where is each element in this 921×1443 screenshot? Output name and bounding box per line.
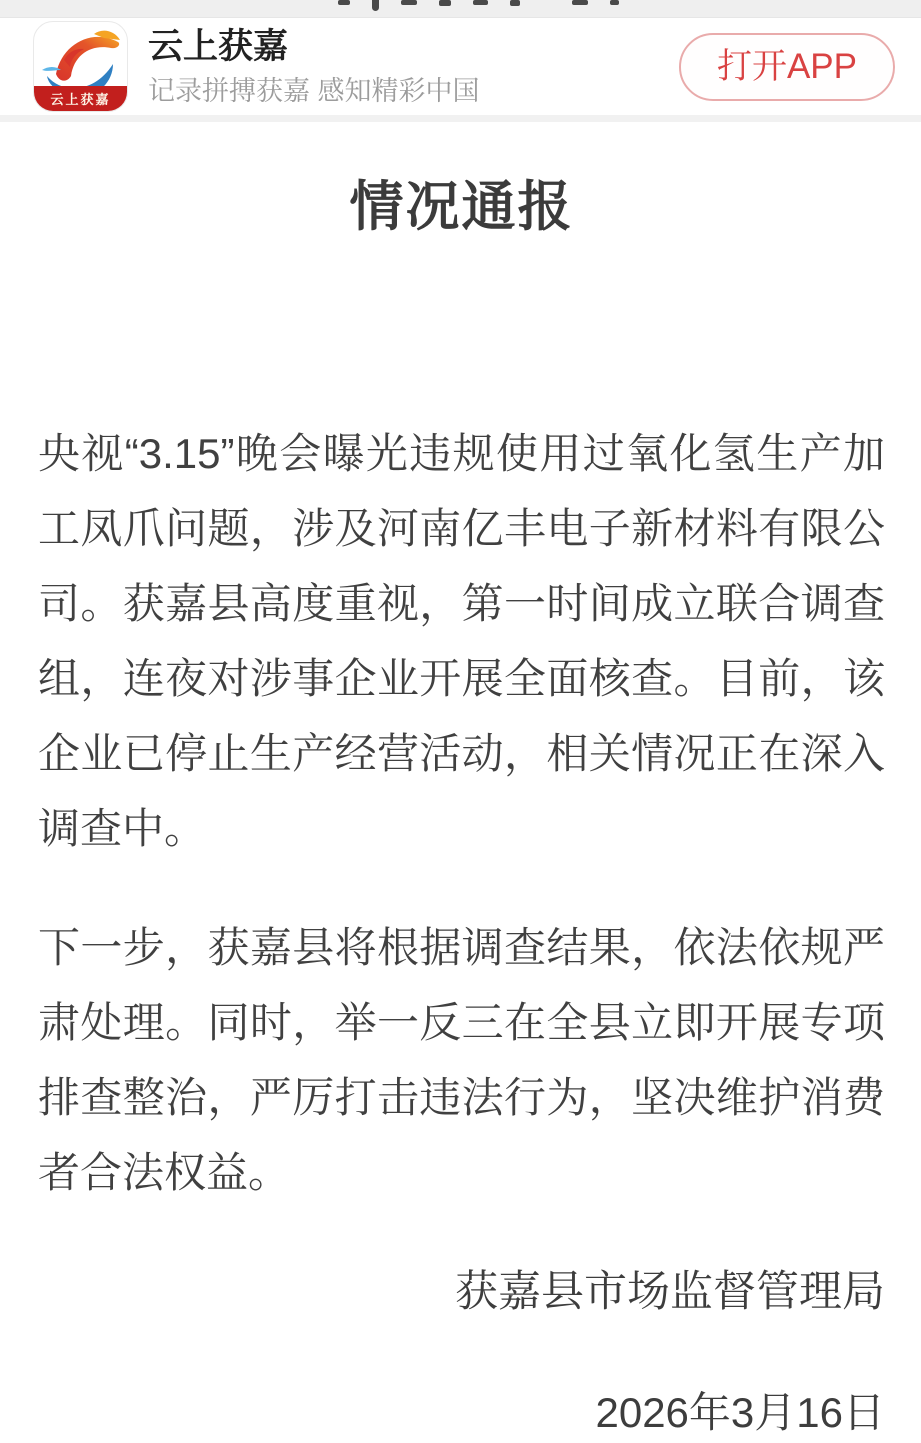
article-paragraph: 央视“3.15”晚会曝光违规使用过氧化氢生产加工凤爪问题，涉及河南亿丰电子新材料… [38,416,885,866]
app-tagline: 记录拼搏获嘉 感知精彩中国 [148,76,480,106]
status-strip [0,0,921,18]
app-name: 云上获嘉 [148,27,480,67]
app-logo: 云上获嘉 [33,21,128,112]
article-date: 2026年3月16日 [38,1384,885,1442]
article-title: 情况通报 [38,168,885,246]
truncated-text-fragments [338,0,619,11]
article-paragraph: 下一步，获嘉县将根据调查结果，依法依规严肃处理。同时，举一反三在全县立即开展专项… [38,910,885,1210]
app-banner: 云上获嘉 云上获嘉 记录拼搏获嘉 感知精彩中国 打开APP [0,18,921,122]
article-signature: 获嘉县市场监督管理局 [38,1262,885,1322]
app-banner-text: 云上获嘉 记录拼搏获嘉 感知精彩中国 [148,27,480,106]
logo-badge: 云上获嘉 [34,86,127,111]
open-app-button[interactable]: 打开APP [679,33,895,101]
article: 情况通报 央视“3.15”晚会曝光违规使用过氧化氢生产加工凤爪问题，涉及河南亿丰… [0,168,921,1442]
